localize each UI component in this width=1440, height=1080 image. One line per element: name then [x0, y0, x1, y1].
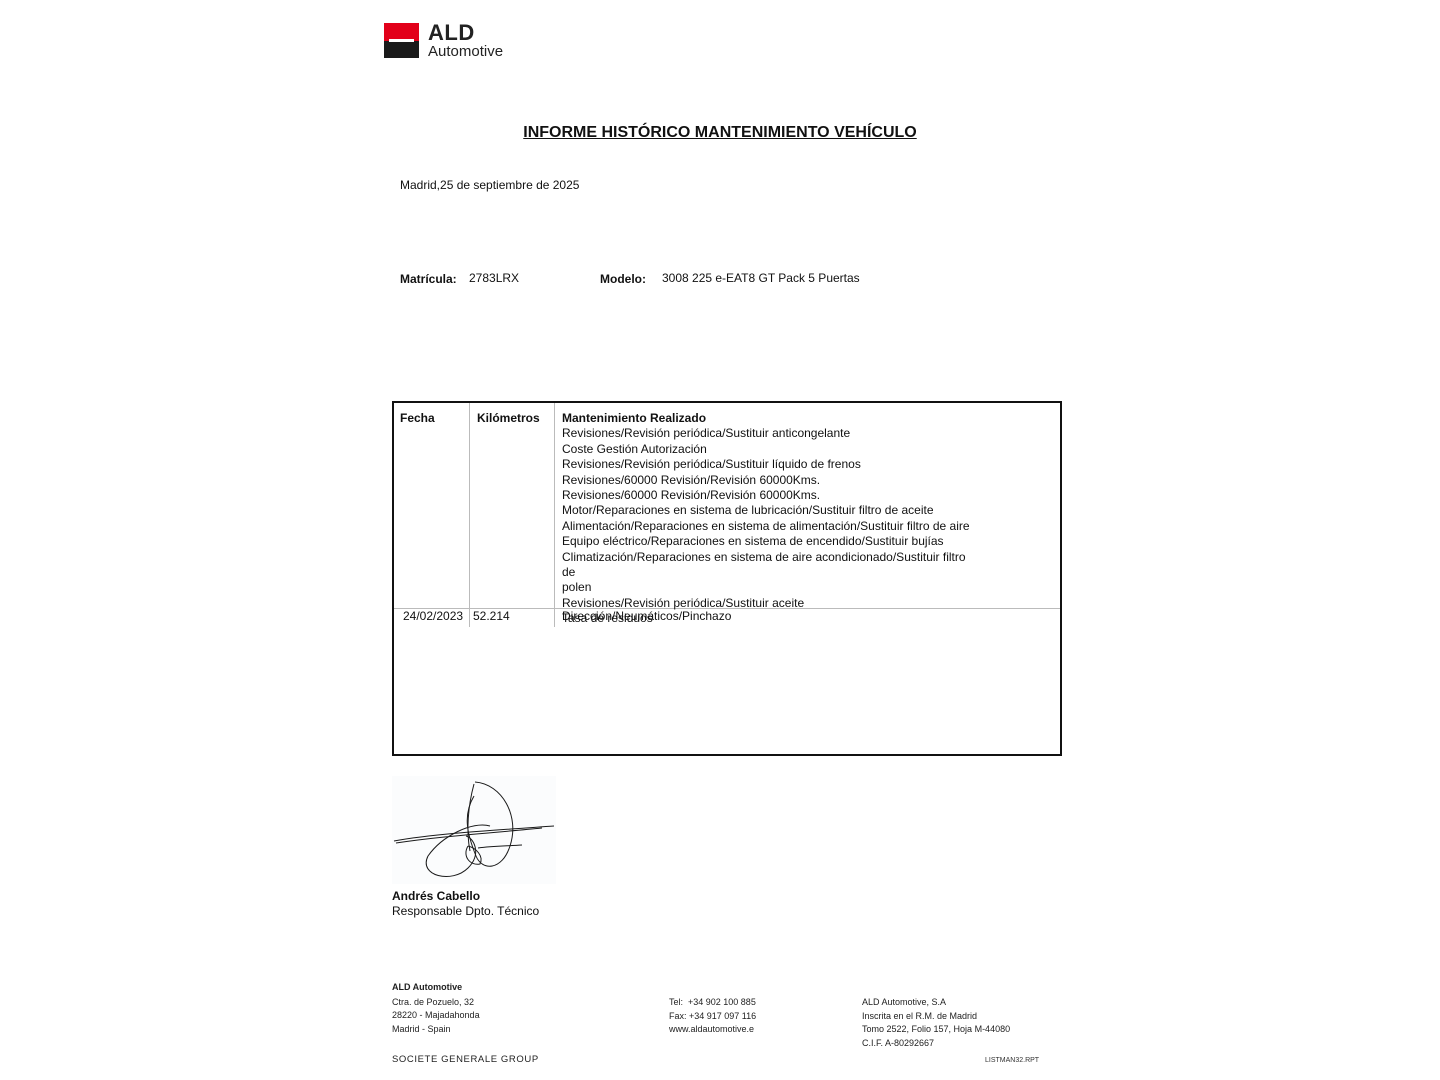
- report-code: LISTMAN32.RPT: [985, 1057, 1039, 1064]
- header-date: Fecha: [400, 411, 435, 425]
- ald-automotive-logo: ALD Automotive: [384, 22, 512, 62]
- maintenance-item: Revisiones/60000 Revisión/Revisión 60000…: [562, 488, 982, 503]
- footer-registry-line: Tomo 2522, Folio 157, Hoja M-44080: [862, 1023, 1010, 1037]
- footer-registry-line: C.I.F. A-80292667: [862, 1037, 1010, 1051]
- table-row: Mantenimiento Realizado Revisiones/Revis…: [562, 411, 982, 627]
- logo-subname: Automotive: [428, 43, 503, 60]
- header-maintenance: Mantenimiento Realizado: [562, 411, 982, 426]
- signatory-name: Andrés Cabello: [392, 889, 480, 903]
- footer-fax: Fax: +34 917 097 116: [669, 1010, 756, 1024]
- column-divider: [554, 403, 555, 627]
- maintenance-item: Motor/Reparaciones en sistema de lubrica…: [562, 503, 982, 518]
- footer-address-line: Madrid - Spain: [392, 1023, 480, 1037]
- model-value: 3008 225 e-EAT8 GT Pack 5 Puertas: [662, 271, 860, 285]
- plate-value: 2783LRX: [469, 271, 519, 285]
- footer-contact-block: Tel: +34 902 100 885 Fax: +34 917 097 11…: [669, 996, 756, 1037]
- header-km: Kilómetros: [477, 411, 540, 425]
- signatory-role: Responsable Dpto. Técnico: [392, 904, 539, 918]
- document-title: INFORME HISTÓRICO MANTENIMIENTO VEHÍCULO: [0, 124, 1440, 142]
- row-date: 24/02/2023: [403, 609, 463, 624]
- footer-address-block: ALD Automotive Ctra. de Pozuelo, 32 2822…: [392, 981, 480, 1036]
- model-label: Modelo:: [600, 272, 646, 286]
- place-date: Madrid,25 de septiembre de 2025: [400, 178, 579, 192]
- logo-mark-icon: [384, 23, 419, 58]
- footer-company: ALD Automotive: [392, 981, 480, 995]
- footer-address-line: Ctra. de Pozuelo, 32: [392, 996, 480, 1010]
- plate-label: Matrícula:: [400, 272, 457, 286]
- signature-scribble-icon: [392, 776, 556, 884]
- signature-image: [392, 776, 556, 884]
- maintenance-item: Revisiones/Revisión periódica/Sustituir …: [562, 457, 982, 472]
- footer-registry-block: ALD Automotive, S.A Inscrita en el R.M. …: [862, 996, 1010, 1050]
- maintenance-item: Coste Gestión Autorización: [562, 442, 982, 457]
- group-label: SOCIETE GENERALE GROUP: [392, 1054, 539, 1065]
- footer-registry-line: Inscrita en el R.M. de Madrid: [862, 1010, 1010, 1024]
- maintenance-item: Revisiones/60000 Revisión/Revisión 60000…: [562, 473, 982, 488]
- row-maintenance: Dirección/Neumáticos/Pinchazo: [562, 609, 731, 624]
- footer-registry-line: ALD Automotive, S.A: [862, 996, 1010, 1010]
- footer-address-line: 28220 - Majadahonda: [392, 1009, 480, 1023]
- maintenance-item: polen: [562, 580, 982, 595]
- row-km: 52.214: [473, 609, 510, 624]
- maintenance-item: Alimentación/Reparaciones en sistema de …: [562, 519, 982, 534]
- footer-phone: Tel: +34 902 100 885: [669, 996, 756, 1010]
- maintenance-item: Climatización/Reparaciones en sistema de…: [562, 550, 982, 581]
- maintenance-item: Equipo eléctrico/Reparaciones en sistema…: [562, 534, 982, 549]
- column-divider: [469, 403, 470, 627]
- maintenance-table: Fecha Kilómetros Mantenimiento Realizado…: [392, 401, 1062, 756]
- footer-website: www.aldautomotive.e: [669, 1023, 756, 1037]
- maintenance-item: Revisiones/Revisión periódica/Sustituir …: [562, 426, 982, 441]
